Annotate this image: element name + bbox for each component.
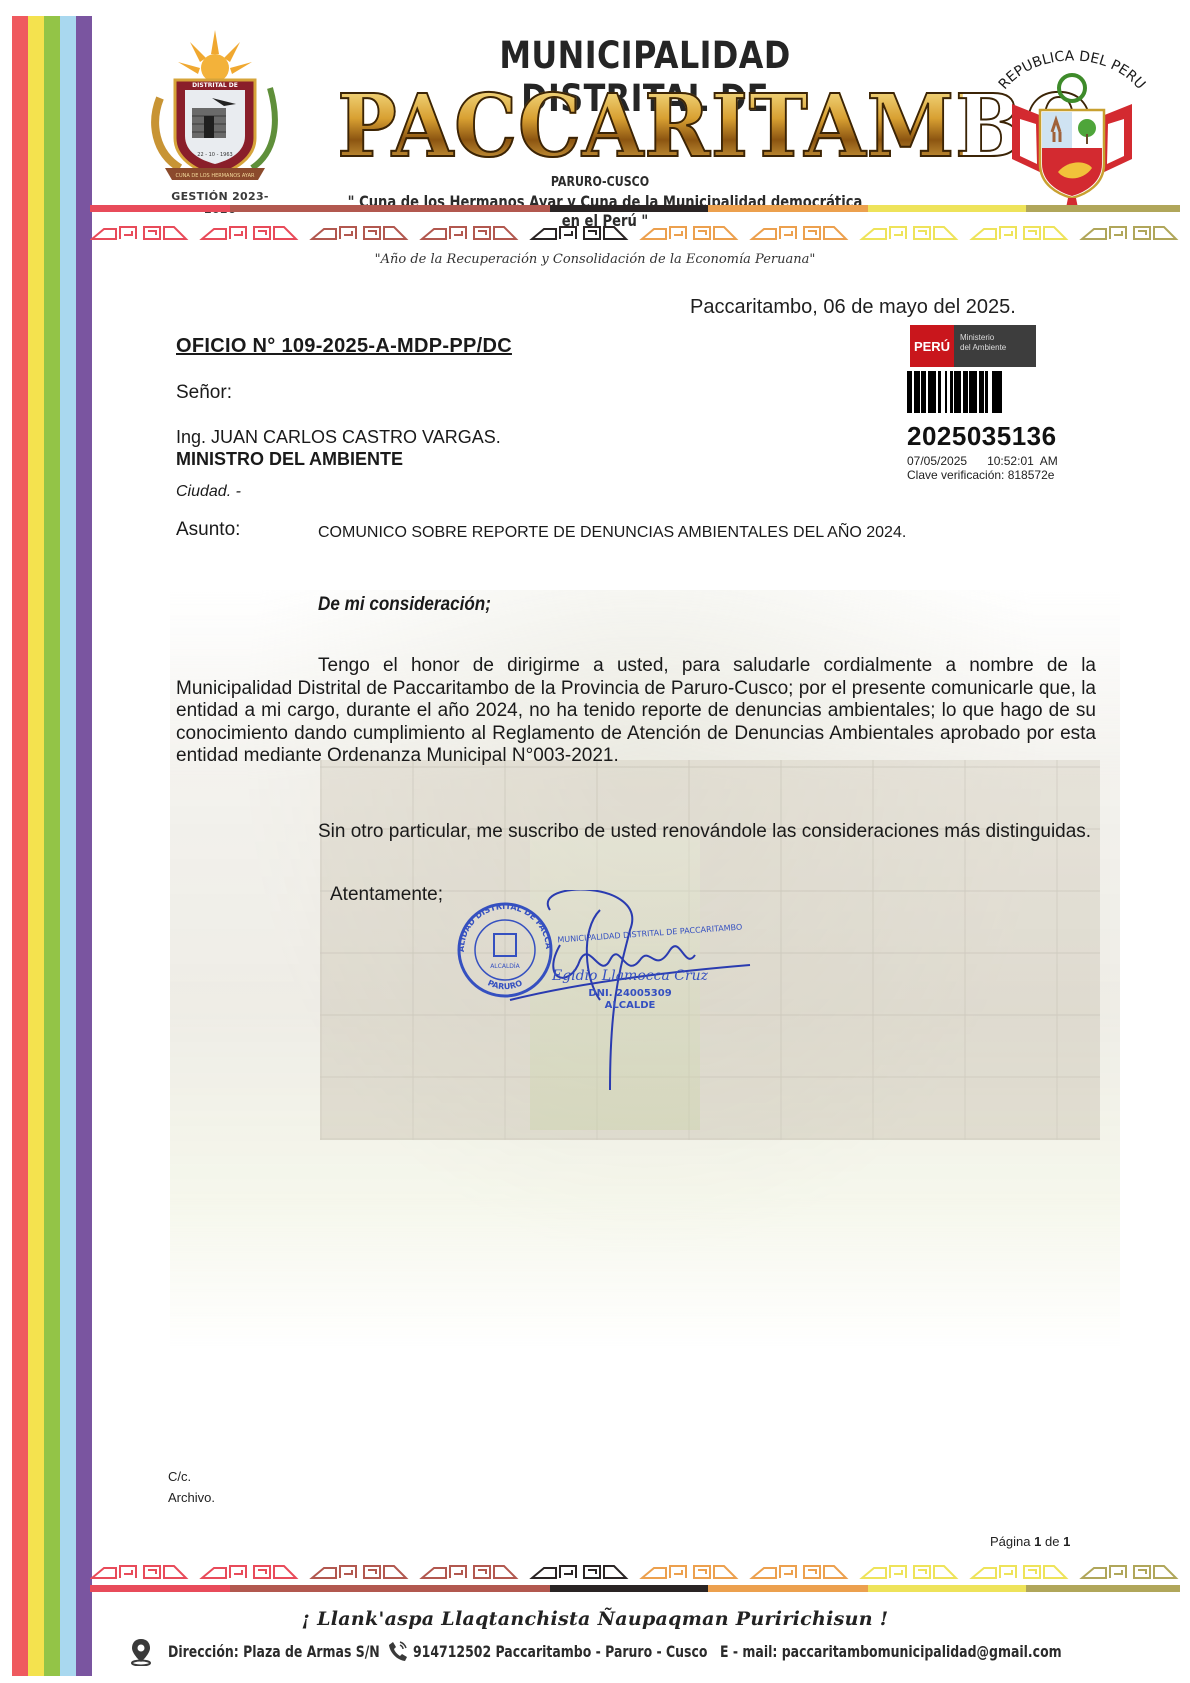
svg-text:CUNA DE LOS HERMANOS AYAR: CUNA DE LOS HERMANOS AYAR — [176, 173, 255, 179]
city-line: Ciudad. - — [176, 483, 241, 501]
closing-line: Atentamente; — [330, 884, 443, 906]
phone-icon — [388, 1640, 408, 1662]
band-segment — [1026, 205, 1180, 212]
institution-location: PARURO-CUSCO — [494, 175, 707, 190]
ministry-name-box: Ministerio del Ambiente — [954, 325, 1036, 367]
contact-email[interactable]: E - mail: paccaritambomunicipalidad@gmai… — [720, 1642, 1062, 1661]
band-segment — [868, 205, 1026, 212]
subject-label: Asunto: — [176, 519, 240, 541]
page-current: 1 — [1034, 1534, 1041, 1549]
contact-address: Dirección: Plaza de Armas S/N — [168, 1642, 380, 1661]
body-paragraph: Sin otro particular, me suscribo de uste… — [176, 821, 1096, 844]
band-segment — [708, 205, 868, 212]
location-pin-icon — [130, 1638, 152, 1666]
page-prefix: Página — [990, 1534, 1030, 1549]
svg-text:22 - 10 - 1963: 22 - 10 - 1963 — [197, 152, 232, 158]
signatory-dni: DNI. 24005309 — [588, 988, 671, 999]
band-segment — [550, 205, 708, 212]
barcode-icon — [907, 371, 1055, 413]
cc-label: C/c. — [168, 1466, 215, 1487]
band-segment — [90, 1585, 230, 1592]
addressee-block: Ing. JUAN CARLOS CASTRO VARGAS. MINISTRO… — [176, 426, 501, 470]
band-segment — [1026, 1585, 1180, 1592]
salutation: De mi consideración; — [318, 594, 491, 616]
registry-date: 07/05/2025 — [907, 454, 967, 468]
addressee-role: MINISTRO DEL AMBIENTE — [176, 448, 501, 470]
institution-title-line2: PACCARITAMBO — [337, 84, 963, 170]
registry-datetime: 07/05/2025 10:52:01 AM — [907, 454, 1058, 468]
addressee-name: Ing. JUAN CARLOS CASTRO VARGAS. — [176, 426, 501, 448]
barcode-bar — [992, 371, 1002, 413]
page-number: Página 1 de 1 — [990, 1534, 1070, 1549]
peru-coat-of-arms-icon: REPUBLICA DEL PERU — [972, 24, 1172, 214]
svg-text:DISTRITAL DE: DISTRITAL DE — [192, 82, 238, 89]
document-number: OFICIO N° 109-2025-A-MDP-PP/DC — [176, 335, 512, 358]
body-paragraph: Tengo el honor de dirigirme a usted, par… — [176, 655, 1096, 768]
ministry-line1: Ministerio — [960, 333, 1036, 343]
page-total: 1 — [1063, 1534, 1070, 1549]
barcode-bar — [928, 371, 936, 413]
quechua-motto: ¡ Llank'aspa Llaqtanchista Ñaupaqman Pur… — [0, 1608, 1190, 1630]
registry-time: 10:52:01 AM — [987, 454, 1058, 468]
letter-date: Paccaritambo, 06 de mayo del 2025. — [690, 296, 1016, 319]
signature-stamp-header: MUNICIPALIDAD DISTRITAL DE PACCARITAMBO — [557, 923, 742, 945]
letterhead: DISTRITAL DE 22 - 10 - 1963 CUNA DE LOS … — [130, 20, 1170, 210]
ministry-line2: del Ambiente — [960, 343, 1036, 353]
cc-item: Archivo. — [168, 1487, 215, 1508]
greeting-to: Señor: — [176, 382, 232, 404]
svg-text:ALCALDÍA: ALCALDÍA — [490, 963, 520, 970]
carbon-copy: C/c. Archivo. — [168, 1466, 215, 1508]
footer-color-band — [90, 1585, 1180, 1592]
ministry-logo: PERÚ Ministerio del Ambiente — [910, 325, 1036, 367]
band-segment — [868, 1585, 1026, 1592]
header-color-band — [90, 205, 1180, 212]
registry-number: 2025035136 — [907, 421, 1057, 452]
municipal-crest-icon: DISTRITAL DE 22 - 10 - 1963 CUNA DE LOS … — [140, 28, 290, 188]
year-slogan: "Año de la Recuperación y Consolidación … — [0, 252, 1190, 267]
signature-and-seal: MUNICIPALIDAD DISTRITAL DE PACCARITAMBO … — [450, 890, 800, 1140]
peru-brand-box: PERÚ — [910, 325, 954, 367]
contact-phone: 914712502 Paccaritambo - Paruro - Cusco — [413, 1642, 707, 1661]
verification-code: Clave verificación: 818572e — [907, 468, 1054, 482]
band-segment — [708, 1585, 868, 1592]
andean-greek-key-pattern-icon — [90, 221, 1180, 243]
contact-bar: Dirección: Plaza de Armas S/N 914712502 … — [130, 1638, 1180, 1668]
svg-text:MUNICIPALIDAD DISTRITAL DE PAC: MUNICIPALIDAD DISTRITAL DE PACCARITAMBO — [450, 890, 553, 952]
band-segment — [90, 205, 230, 212]
andean-greek-key-pattern-icon — [90, 1560, 1180, 1582]
subject-text: COMUNICO SOBRE REPORTE DE DENUNCIAS AMBI… — [318, 524, 906, 542]
band-segment — [230, 205, 550, 212]
barcode-bar — [969, 371, 977, 413]
signatory-title: ALCALDE — [605, 1000, 656, 1011]
band-segment — [230, 1585, 550, 1592]
page-of: de — [1045, 1534, 1059, 1549]
signatory-name: Egidio Llamocca Cruz — [551, 968, 709, 984]
administration-period: GESTIÓN 2023-2026 — [160, 190, 280, 216]
round-seal-icon: MUNICIPALIDAD DISTRITAL DE PACCARITAMBO … — [450, 890, 553, 996]
band-segment — [550, 1585, 708, 1592]
svg-text:REPUBLICA DEL PERU: REPUBLICA DEL PERU — [996, 48, 1149, 92]
